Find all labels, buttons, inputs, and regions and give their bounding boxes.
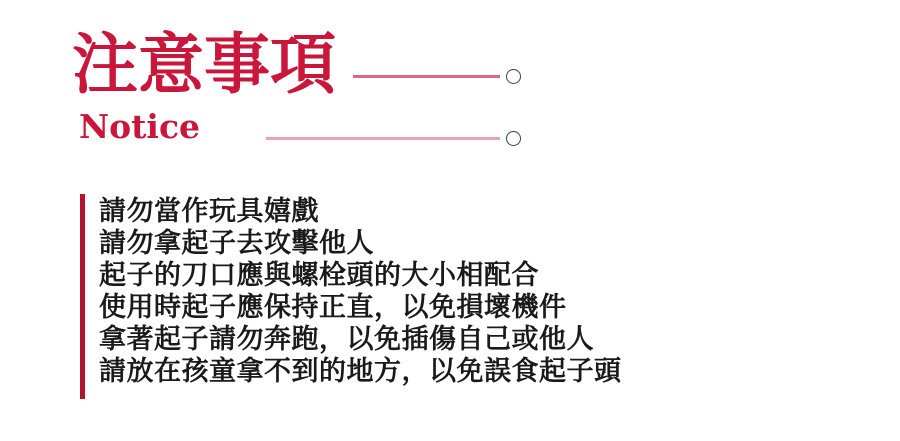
page-title: 注意事項 — [72, 24, 336, 104]
title-rule-line — [353, 75, 500, 78]
subtitle-rule-line — [266, 137, 500, 140]
notice-item: 請勿拿起子去攻擊他人 — [99, 228, 622, 260]
notice-item: 請勿當作玩具嬉戲 — [99, 196, 622, 228]
page-subtitle: Notice — [79, 108, 200, 146]
notice-list: 請勿當作玩具嬉戲 請勿拿起子去攻擊他人 起子的刀口應與螺栓頭的大小相配合 使用時… — [80, 194, 622, 399]
notice-item: 使用時起子應保持正直，以免損壞機件 — [99, 292, 622, 324]
notice-item: 拿著起子請勿奔跑，以免插傷自己或他人 — [99, 324, 622, 356]
notice-page: 注意事項 Notice 請勿當作玩具嬉戲 請勿拿起子去攻擊他人 起子的刀口應與螺… — [0, 0, 900, 441]
title-rule-circle-icon — [506, 69, 521, 84]
subtitle-rule-circle-icon — [506, 131, 521, 146]
notice-item: 起子的刀口應與螺栓頭的大小相配合 — [99, 260, 622, 292]
notice-item: 請放在孩童拿不到的地方，以免誤食起子頭 — [99, 356, 622, 388]
